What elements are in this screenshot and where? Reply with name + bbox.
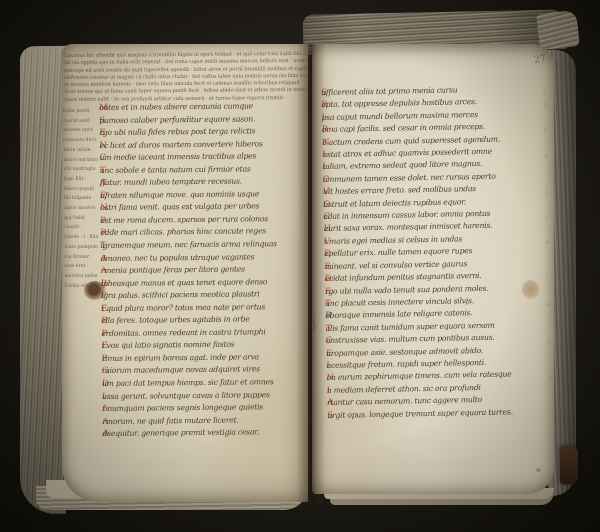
verse-text: ussa gerunt. solvuntque cavas a litore p… bbox=[102, 390, 270, 401]
gloss-line: alpes montes bbox=[64, 204, 101, 214]
showthrough-mark bbox=[548, 350, 552, 362]
showthrough-mark: ı bbox=[545, 214, 549, 226]
gloss-line: ſubole · i · filio bbox=[64, 233, 101, 243]
fore-edge-page-stack-left bbox=[20, 46, 66, 514]
verse-text: t numquam paciens segnis longeque quieti… bbox=[102, 402, 263, 413]
showthrough-mark bbox=[546, 264, 550, 276]
gloss-line: ceraunia dicti bbox=[63, 136, 100, 146]
showthrough-mark: a bbox=[546, 239, 550, 251]
showthrough-mark: ı bbox=[544, 127, 548, 139]
verse-text: ost me roma ducem. sparsos per rura colo… bbox=[100, 214, 268, 225]
verse-text: dmoneo. nec tu populos utraque vagantes bbox=[101, 252, 255, 263]
verse-text: rmenia pontique feras per litora gentes bbox=[101, 265, 245, 276]
binding-clasp-remnant bbox=[560, 446, 578, 484]
verse-text: um medie iaceant inmensis tractibus alpe… bbox=[100, 152, 257, 163]
verse-text: t quid plura moror? totos mea nate per o… bbox=[101, 302, 265, 313]
showthrough-mark bbox=[549, 388, 553, 400]
showthrough-mark bbox=[545, 177, 549, 189]
verse-text: rgo ubi nulla fides rebus post terga rel… bbox=[99, 126, 255, 137]
parchment-stain-left bbox=[84, 281, 106, 300]
showthrough-mark: ı bbox=[548, 338, 552, 350]
verse-text: ufraten nilumque move. quo nominis usque bbox=[100, 189, 259, 200]
verse-text: raiorum macedumque novas adquiret vires bbox=[102, 365, 260, 376]
gloss-line: ſepe fiūt · bbox=[64, 175, 101, 185]
verse-text: ffatur. mundi iubeo temptare recessus. bbox=[100, 177, 242, 187]
verse-text: ostri fama venit. quas est vulgata per u… bbox=[100, 202, 259, 213]
showthrough-mark bbox=[549, 412, 553, 424]
gloss-line: cui firmior bbox=[64, 252, 101, 262]
verse-text: ec licet ad duros martem convertere hibe… bbox=[99, 139, 262, 150]
gutter-shadow bbox=[297, 44, 325, 502]
verse-text: rimus in epirum boreas agat. inde per ar… bbox=[102, 352, 259, 363]
commentary-gloss-block: Lucanus hic oſtendit quō magnus a brundi… bbox=[64, 51, 307, 105]
verse-text: ontes et in nubes abiere ceraunia cumque bbox=[99, 101, 253, 112]
gloss-line: hiberi populi bbox=[64, 184, 101, 194]
verse-text: ella feres. totoque urbes agitabis in or… bbox=[101, 315, 249, 326]
showthrough-mark: e bbox=[547, 301, 551, 313]
showthrough-mark bbox=[545, 202, 549, 214]
parchment-speck bbox=[536, 468, 541, 472]
showthrough-mark bbox=[548, 326, 552, 338]
verse-text: rmorum. ne quid fatis mutare liceret. bbox=[102, 415, 238, 425]
gloss-line: etas erat · bbox=[64, 262, 101, 272]
showthrough-mark bbox=[547, 313, 551, 325]
verse-text: igra palus. scithici paciens meotica pla… bbox=[101, 290, 260, 301]
showthrough-mark: ı bbox=[547, 276, 551, 288]
showthrough-mark: 9 bbox=[543, 102, 547, 114]
showthrough-mark bbox=[547, 288, 551, 300]
showthrough-mark: s bbox=[548, 375, 552, 387]
folio-number: 27 bbox=[533, 53, 547, 66]
verse-text: edde mari cilicas. pharios hinc concute … bbox=[100, 227, 266, 238]
showthrough-mark bbox=[544, 164, 548, 176]
marginal-gloss-column: ſcdm poetā ·fuerūt autēmontes epiricerau… bbox=[63, 107, 102, 292]
parchment-stain-right bbox=[522, 280, 539, 300]
verse-text: unc sobole e tanta natum cui firmior eta… bbox=[100, 164, 251, 175]
showthrough-mark bbox=[544, 140, 548, 152]
gloss-line: fuerūt autē bbox=[63, 116, 100, 126]
gloss-line: ubi naufragia bbox=[64, 165, 101, 175]
parchment-speck bbox=[465, 302, 468, 305]
gloss-line: ſexto pompeio bbox=[64, 243, 101, 253]
manuscript-photo: Lucanus hic oſtendit quō magnus a brundi… bbox=[0, 0, 600, 532]
showthrough-mark bbox=[546, 251, 550, 263]
gloss-line: ſcdm poetā · bbox=[63, 107, 100, 117]
verse-text: igranemque meum. nec farnacis arma relin… bbox=[100, 239, 276, 250]
verse-text: t vos qui latio signatis nomine fastos bbox=[101, 340, 234, 350]
verse-text: dsequitur. generique premit vestigia ces… bbox=[102, 428, 259, 439]
verse-text: pumoso calaber perfunditur equore sason. bbox=[99, 114, 255, 125]
gloss-line: maris adriatici bbox=[63, 155, 100, 165]
showthrough-mark: s bbox=[544, 152, 548, 164]
gloss-line: ſaſon inſula bbox=[63, 145, 100, 155]
showthrough-mark: c bbox=[545, 189, 549, 201]
gloss-line: ſūt hiſpanie · bbox=[64, 194, 101, 204]
gloss-line: montes epiri bbox=[63, 126, 100, 136]
showthrough-mark bbox=[546, 226, 550, 238]
gloss-line: qui italiā bbox=[64, 213, 101, 223]
showthrough-mark bbox=[549, 400, 553, 412]
showthrough-mark bbox=[548, 363, 552, 375]
showthrough-mark: r bbox=[543, 90, 547, 102]
verse-text: ipheasque manus et quas tenet equore den… bbox=[101, 277, 267, 288]
head-edge-corner bbox=[536, 10, 580, 50]
gloss-line: cingūt · bbox=[64, 223, 101, 233]
showthrough-mark bbox=[543, 115, 547, 127]
verse-text: erdomitas. omnes redeant in castra trium… bbox=[101, 327, 265, 338]
verse-text: um paci dat tempus hiemps. sic fatur et … bbox=[102, 377, 274, 388]
